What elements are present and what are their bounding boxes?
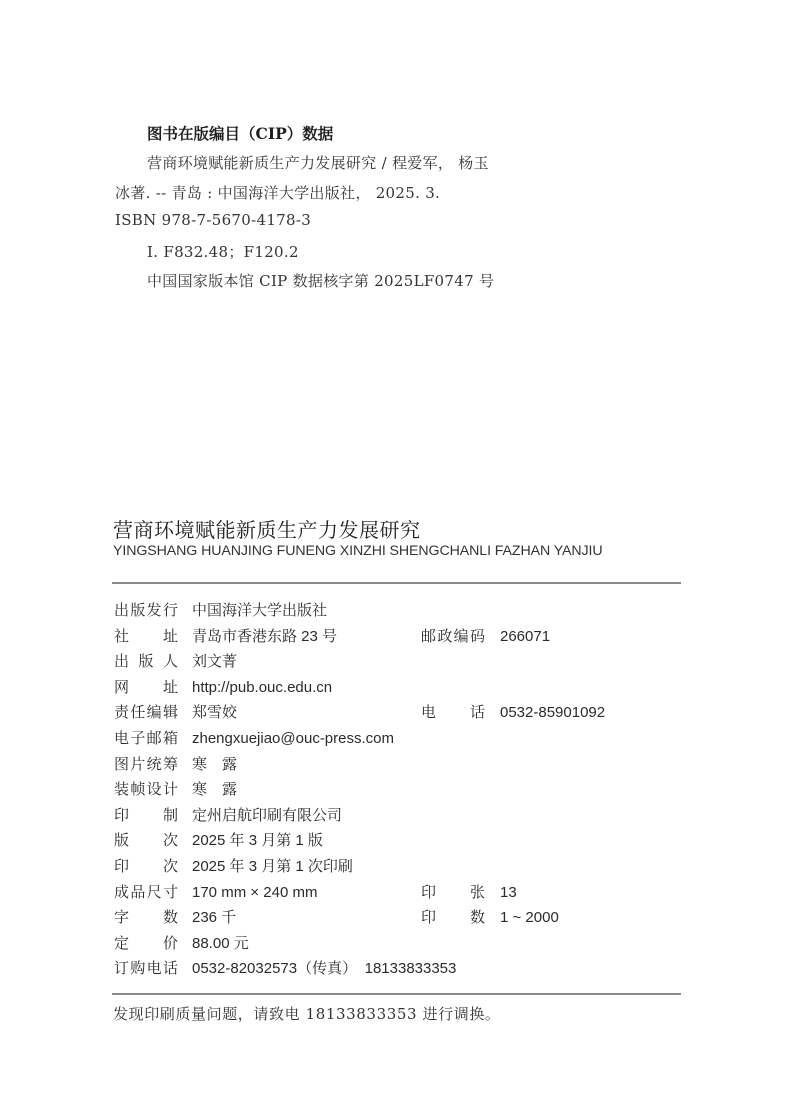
info-label-char: 印 — [421, 881, 436, 905]
info-value: 定州启航印刷有限公司 — [192, 804, 342, 828]
cip-line-isbn: ISBN 978-7-5670-4178-3 — [115, 211, 311, 229]
info-label-char: 箱 — [163, 727, 178, 751]
info-label: 成品尺寸 — [114, 881, 178, 905]
info-label-char: 社 — [114, 625, 129, 649]
info-value: 2025 年 3 月第 1 次印刷 — [192, 855, 353, 879]
info-label-char: 成 — [114, 881, 129, 905]
info-label-char: 电 — [147, 957, 162, 981]
info-value: 寒 露 — [192, 753, 237, 777]
info-label-char: 尺 — [147, 881, 162, 905]
info-row: 装帧设计寒 露 — [114, 778, 684, 802]
info-row: 出版发行中国海洋大学出版社 — [114, 599, 684, 623]
info-label-char: 寸 — [163, 881, 178, 905]
info-label: 订购电话 — [114, 957, 178, 981]
info-label-char: 统 — [147, 753, 162, 777]
info-label-char: 子 — [130, 727, 145, 751]
info-label-char: 版 — [130, 599, 145, 623]
info-value: 0532-82032573（传真） 18133833353 — [192, 957, 456, 981]
info-label-char: 定 — [114, 932, 129, 956]
info-label-char: 印 — [114, 804, 129, 828]
info-label: 版次 — [114, 829, 178, 853]
info-label-right: 邮政编码 — [421, 625, 485, 649]
info-value: 刘文菁 — [192, 650, 237, 674]
info-label-right: 印数 — [421, 906, 485, 930]
info-label-char: 出 — [114, 599, 129, 623]
info-row: 电子邮箱zhengxuejiao@ouc-press.com — [114, 727, 684, 751]
info-label-char: 计 — [163, 778, 178, 802]
info-label-char: 价 — [163, 932, 178, 956]
cip-line-title: 营商环境赋能新质生产力发展研究 / 程爱军， 杨玉 — [147, 152, 489, 173]
info-label-char: 政 — [437, 625, 452, 649]
info-label-char: 行 — [163, 599, 178, 623]
info-label-char: 设 — [147, 778, 162, 802]
info-row: 字数236 千印数1 ~ 2000 — [114, 906, 684, 930]
info-label: 图片统筹 — [114, 753, 178, 777]
info-value-right: 266071 — [500, 625, 550, 649]
cip-line-cip-number: 中国国家版本馆 CIP 数据核字第 2025LF0747 号 — [147, 270, 494, 291]
info-row: 社址青岛市香港东路 23 号邮政编码266071 — [114, 625, 684, 649]
info-label-char: 数 — [163, 906, 178, 930]
info-value: zhengxuejiao@ouc-press.com — [192, 727, 394, 751]
info-row: 成品尺寸170 mm × 240 mm印张13 — [114, 881, 684, 905]
info-label-char: 编 — [147, 701, 162, 725]
info-value: http://pub.ouc.edu.cn — [192, 676, 332, 700]
info-label-char: 片 — [130, 753, 145, 777]
info-label-char: 话 — [470, 701, 485, 725]
info-label-char: 购 — [130, 957, 145, 981]
info-label-char: 出 — [114, 650, 129, 674]
info-label: 印次 — [114, 855, 178, 879]
info-label: 字数 — [114, 906, 178, 930]
info-label-char: 网 — [114, 676, 129, 700]
info-label-char: 任 — [130, 701, 145, 725]
info-label-char: 邮 — [147, 727, 162, 751]
info-value-right: 13 — [500, 881, 517, 905]
info-label-char: 码 — [470, 625, 485, 649]
info-row: 版次2025 年 3 月第 1 版 — [114, 829, 684, 853]
info-row: 责任编辑郑雪姣电话0532-85901092 — [114, 701, 684, 725]
cip-line-publisher: 冰著. -- 青岛 : 中国海洋大学出版社， 2025. 3. — [115, 182, 440, 203]
info-label-char: 版 — [138, 650, 153, 674]
info-label-char: 帧 — [130, 778, 145, 802]
info-label-right: 印张 — [421, 881, 485, 905]
info-label: 印制 — [114, 804, 178, 828]
info-value: 中国海洋大学出版社 — [192, 599, 327, 623]
info-row: 印次2025 年 3 月第 1 次印刷 — [114, 855, 684, 879]
info-label-char: 电 — [421, 701, 436, 725]
info-label-char: 责 — [114, 701, 129, 725]
info-label-char: 电 — [114, 727, 129, 751]
info-label-char: 订 — [114, 957, 129, 981]
info-label: 电子邮箱 — [114, 727, 178, 751]
info-value: 236 千 — [192, 906, 236, 930]
cip-line-classification: Ⅰ. F832.48；F120.2 — [147, 241, 299, 262]
info-label: 出版人 — [114, 650, 178, 674]
info-label: 网址 — [114, 676, 178, 700]
info-label-char: 址 — [163, 625, 178, 649]
info-value-right: 0532-85901092 — [500, 701, 605, 725]
info-label: 社址 — [114, 625, 178, 649]
info-label-char: 筹 — [163, 753, 178, 777]
info-row: 图片统筹寒 露 — [114, 753, 684, 777]
info-label-char: 人 — [163, 650, 178, 674]
divider-bottom — [112, 993, 681, 995]
info-value: 88.00 元 — [192, 932, 249, 956]
info-value: 2025 年 3 月第 1 版 — [192, 829, 323, 853]
info-value: 郑雪姣 — [192, 701, 237, 725]
info-label-char: 制 — [163, 804, 178, 828]
info-row: 出版人刘文菁 — [114, 650, 684, 674]
info-row: 定价88.00 元 — [114, 932, 684, 956]
info-label-char: 址 — [163, 676, 178, 700]
info-label-right: 电话 — [421, 701, 485, 725]
info-row: 网址http://pub.ouc.edu.cn — [114, 676, 684, 700]
info-label-char: 辑 — [163, 701, 178, 725]
info-value: 寒 露 — [192, 778, 237, 802]
info-label: 责任编辑 — [114, 701, 178, 725]
book-subtitle-pinyin: YINGSHANG HUANJING FUNENG XINZHI SHENGCH… — [113, 543, 603, 559]
info-label-char: 次 — [163, 855, 178, 879]
info-label-char: 邮 — [421, 625, 436, 649]
info-label-char: 次 — [163, 829, 178, 853]
info-row: 印制定州启航印刷有限公司 — [114, 804, 684, 828]
divider-top — [112, 582, 681, 584]
info-label-char: 装 — [114, 778, 129, 802]
info-label: 定价 — [114, 932, 178, 956]
info-label: 装帧设计 — [114, 778, 178, 802]
info-label-char: 版 — [114, 829, 129, 853]
info-label-char: 编 — [454, 625, 469, 649]
info-label-char: 品 — [130, 881, 145, 905]
info-value: 170 mm × 240 mm — [192, 881, 317, 905]
info-label-char: 图 — [114, 753, 129, 777]
info-label-char: 印 — [421, 906, 436, 930]
info-value: 青岛市香港东路 23 号 — [192, 625, 337, 649]
info-label-char: 数 — [470, 906, 485, 930]
info-label: 出版发行 — [114, 599, 178, 623]
quality-notice: 发现印刷质量问题，请致电 18133833353 进行调换。 — [113, 1003, 501, 1024]
info-label-char: 话 — [163, 957, 178, 981]
info-label-char: 张 — [470, 881, 485, 905]
info-value-right: 1 ~ 2000 — [500, 906, 559, 930]
info-label-char: 发 — [147, 599, 162, 623]
cip-heading: 图书在版编目（CIP）数据 — [147, 122, 333, 144]
info-label-char: 印 — [114, 855, 129, 879]
info-label-char: 字 — [114, 906, 129, 930]
book-title: 营商环境赋能新质生产力发展研究 — [113, 514, 421, 543]
info-row: 订购电话0532-82032573（传真） 18133833353 — [114, 957, 684, 981]
